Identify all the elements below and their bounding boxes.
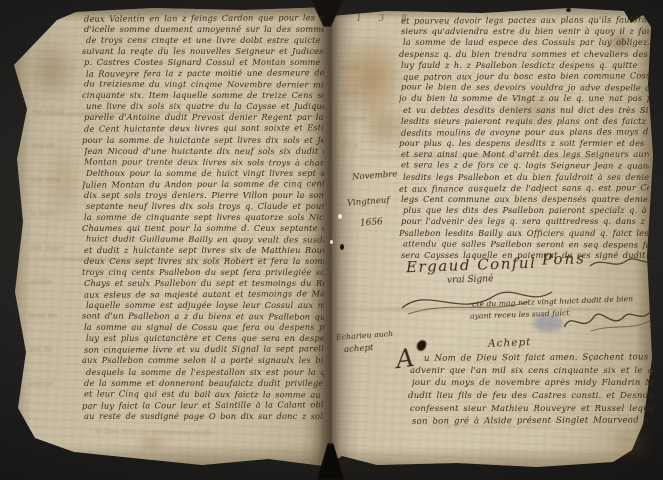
ink-speck xyxy=(566,8,571,12)
handwritten-line: et vu debtes desdits deniers sans nul di… xyxy=(403,105,649,116)
wormhole xyxy=(340,244,344,250)
wormhole xyxy=(330,240,333,244)
handwritten-line: et aux finance ausquelz de l'adject sans… xyxy=(399,182,649,195)
handwritten-line: deux Cens sept livres six sols Robert et… xyxy=(84,256,324,267)
signature-pons: Pons xyxy=(542,249,586,268)
handwritten-line: pour plus q. les despens desdits z soit … xyxy=(399,138,649,149)
handwritten-line: sieurs qu'adviendra estre du bien venir … xyxy=(401,26,649,37)
handwritten-line: et dudit z huictante sept livres six de … xyxy=(84,245,324,256)
handwritten-line: desquels la somme de l'espestallon six e… xyxy=(86,367,324,378)
stamp-smudge xyxy=(533,315,563,332)
handwritten-line: dix sept sols troys deniers. Pierre Vill… xyxy=(84,190,324,201)
handwritten-line: d'icelle somme duement amoyenné sur la d… xyxy=(84,24,324,35)
handwritten-line: et leur Cinq qui est du bail aux faictz … xyxy=(84,388,324,400)
handwritten-line: au reste de susdigné page O bon dix sur … xyxy=(84,411,324,422)
handwritten-line: u Nom de Dieu Soit faict amen. Sçachent … xyxy=(424,351,654,365)
handwritten-line: de troys cens cinqte et une livre doibt … xyxy=(86,35,324,46)
handwritten-line: lesdits legs Psallebon et du bien fauldr… xyxy=(403,172,649,183)
margin-note-year: 1656 xyxy=(360,217,384,229)
section-header-achept: Achept xyxy=(488,336,532,350)
margin-note-achept: achept xyxy=(344,343,374,355)
handwritten-line: Julien Montan du Andon pour la somme de … xyxy=(82,178,324,191)
handwritten-line: Jean Nicoud d'une huictante dix neuf sol… xyxy=(84,146,324,157)
handwritten-line: despensz q. du bien trendra sommes et ch… xyxy=(399,49,649,60)
handwritten-line: huict dudit Guillaume Bailly en quoy veu… xyxy=(86,233,324,245)
handwritten-line: et sera les z de fors ce q. logis Seigne… xyxy=(401,160,649,172)
handwritten-line: cinquante six. Item laquelle somme de tr… xyxy=(82,90,324,101)
handwritten-line: sont d'un Psallebon a z du biens et aux … xyxy=(82,311,324,323)
handwritten-line: luy fauld z h. z Psallebon lesdictz desp… xyxy=(401,60,649,71)
handwritten-line: troys cinq cents Psallebon du sept fera … xyxy=(82,267,324,278)
handwritten-line: pour le bien de ses devoirs vouldra jo a… xyxy=(401,81,649,93)
handwritten-line: suivant la reqte du les nouvelles Seigne… xyxy=(82,46,324,57)
handwritten-line: du treiziesme du vingt cinqme Novembre d… xyxy=(84,79,324,91)
handwritten-line: son cinquieme livre et vu dudit Signal l… xyxy=(84,344,324,357)
handwritten-line: plus que les dits des Psallebon paieront… xyxy=(403,205,649,216)
handwritten-line: dudit lieu fils de feu des Castres const… xyxy=(408,390,654,403)
handwritten-line: aux Psallebon comme selon il a porté sig… xyxy=(82,355,324,366)
handwritten-line: lesdits sieurs paieront requis des plans… xyxy=(401,116,649,127)
manuscript-scan: me nauldsan deaux somle biendes moysquic… xyxy=(0,0,663,480)
handwritten-line: attendu que salles Psallebon seront en s… xyxy=(403,238,649,250)
wormhole xyxy=(338,214,342,219)
handwritten-line: Delthoux pour la somme de huict vingt li… xyxy=(86,168,324,179)
handwritten-line: et pourveu davoir legs pactes aux plans … xyxy=(401,14,649,27)
right-page-text-block: et pourveu davoir legs pactes aux plans … xyxy=(401,15,649,261)
handwritten-line: deux Valentin en lan z feings Cardon que… xyxy=(84,12,324,25)
handwritten-line: la somme de cinquante sept livres quator… xyxy=(84,212,324,223)
achept-paragraph: u Nom de Dieu Soit faict amen. Sçachent … xyxy=(410,352,654,428)
handwritten-line: la somme au signal de Cossu que fera ou … xyxy=(84,322,324,333)
handwritten-line: pour la somme de huictante sept livres d… xyxy=(82,135,324,146)
left-page-text-block: deux Valentin en lan z feings Cardon que… xyxy=(84,13,324,422)
handwritten-line: de la somme et donneront beaufaictz dudi… xyxy=(84,378,324,389)
handwritten-line: par luy faict la Cour leur et Saintille … xyxy=(82,399,324,412)
handwritten-line: Montan pour trente deux livres six sols … xyxy=(84,156,324,168)
handwritten-line: son bon gré à Alside présent Singlet Mou… xyxy=(412,415,654,429)
handwritten-line: Chaumes qui tient pour la somme d. Ceux … xyxy=(82,223,324,234)
handwritten-line: jour du moys de novembre après midy Flan… xyxy=(412,377,654,390)
vrai-signe-label: vrai Signé xyxy=(447,274,494,286)
handwritten-line: septante neuf livres dix sols troys q. C… xyxy=(86,201,324,212)
handwritten-line: desdits moulins de avoyne pour aux plans… xyxy=(401,126,649,139)
handwritten-line: Psallebon lesdits Bailly aux Officiers q… xyxy=(399,228,649,239)
handwritten-line: pour l'advenir des legs q. sera quittred… xyxy=(401,216,649,227)
handwritten-line: aux esleus de sa majesté autant et tesmo… xyxy=(84,288,324,301)
handwritten-line: la somme de laud espece des Cossuls par … xyxy=(403,37,649,48)
handwritten-line: une livre dix sols six quatre du la Cays… xyxy=(86,101,324,112)
handwritten-line: legs Cent commune aux biens despensés qu… xyxy=(401,194,649,205)
handwritten-line: de Cent huictante deux livres qui sont s… xyxy=(84,123,324,136)
handwritten-line: jo du bien la somme de Vingt z ou le q. … xyxy=(399,93,649,104)
handwritten-line: advenir que l'an mil six cens cinquante … xyxy=(410,365,654,378)
